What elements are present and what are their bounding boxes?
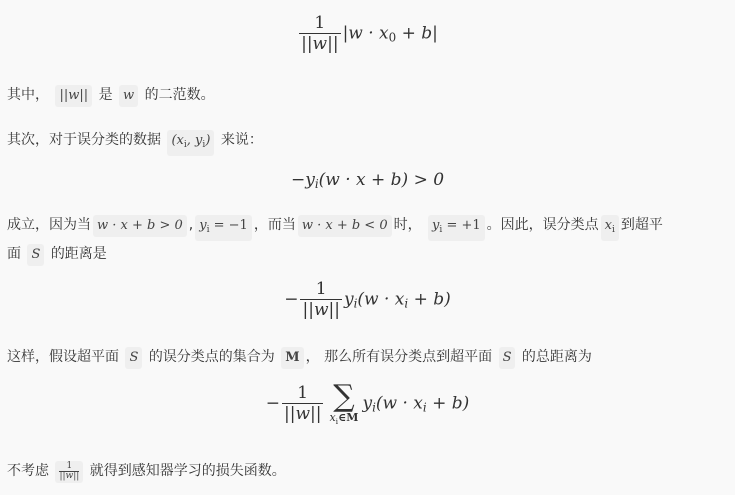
fraction-denominator: ||w|| bbox=[59, 471, 79, 481]
inline-math-S: S bbox=[27, 244, 44, 266]
inline-math-yi-neg: yi = −1 bbox=[195, 215, 252, 241]
paragraph-reason-line1: 成立，因为当w · x + b > 0,yi = −1，而当w · x + b … bbox=[7, 214, 663, 241]
math-text: (w · x bbox=[376, 393, 423, 413]
math-text: = +1 bbox=[442, 218, 480, 233]
math-text: y bbox=[344, 290, 354, 310]
summation: ∑xi∈M bbox=[329, 382, 358, 426]
inline-math-fraction: 1||w|| bbox=[55, 461, 83, 483]
text: 到超平 bbox=[621, 217, 663, 233]
text: ，而当 bbox=[254, 217, 296, 233]
math-text: y bbox=[199, 218, 206, 233]
fraction-denominator: ||w|| bbox=[282, 403, 323, 424]
fraction-numerator: 1 bbox=[67, 462, 73, 471]
math-text: w · x + b < 0 bbox=[302, 218, 388, 233]
text: 来说： bbox=[221, 132, 263, 148]
text: 这样，假设超平面 bbox=[7, 349, 119, 365]
inline-math-negative: w · x + b < 0 bbox=[298, 215, 392, 237]
math-text: S bbox=[503, 350, 512, 365]
equation-total-distance: −1||w||∑xi∈Myi(w · xi + b) bbox=[0, 382, 735, 426]
text: 的总距离为 bbox=[522, 349, 592, 365]
fraction-numerator: 1 bbox=[312, 14, 327, 33]
equation-tail: + b| bbox=[396, 24, 438, 44]
math-text: ||w|| bbox=[59, 88, 88, 103]
math-text: S bbox=[129, 350, 138, 365]
text: 是 bbox=[99, 87, 113, 103]
text: 的误分类点的集合为 bbox=[149, 349, 275, 365]
text: , bbox=[189, 217, 193, 233]
math-text: M bbox=[285, 350, 299, 365]
fraction-denominator: ||w|| bbox=[299, 33, 340, 54]
inline-math-M: M bbox=[281, 347, 303, 369]
small-fraction: 1||w|| bbox=[59, 462, 79, 481]
inline-math-S: S bbox=[125, 347, 142, 369]
text: 其中， bbox=[7, 87, 49, 103]
math-text: , y bbox=[187, 133, 203, 148]
inline-math-S: S bbox=[499, 347, 516, 369]
inline-math-w: w bbox=[119, 85, 138, 107]
text: 面 bbox=[7, 246, 21, 262]
text: 的二范数。 bbox=[145, 87, 215, 103]
text: 不考虑 bbox=[7, 463, 49, 479]
fraction: 1||w|| bbox=[300, 280, 341, 320]
math-text: + b) bbox=[427, 393, 470, 413]
fraction-numerator: 1 bbox=[295, 384, 310, 403]
paragraph-total-distance: 这样，假设超平面 S 的误分类点的集合为 M， 那么所有误分类点到超平面 S 的… bbox=[7, 346, 592, 369]
inline-math-norm: ||w|| bbox=[55, 85, 92, 107]
equation-tail: (w · x + b) > 0 bbox=[319, 170, 444, 190]
inline-math-xi: xi bbox=[601, 215, 619, 241]
minus-sign: − bbox=[284, 290, 298, 310]
equation-body: |w · x bbox=[343, 24, 389, 44]
text: 。因此，误分类点 bbox=[487, 217, 599, 233]
minus-sign: − bbox=[266, 393, 280, 413]
text: 就得到感知器学习的损失函数。 bbox=[90, 463, 286, 479]
math-text: ∈M bbox=[338, 411, 358, 424]
equation-distance-x0: 1 ||w|| |w · x0 + b| bbox=[0, 14, 735, 54]
fraction: 1||w|| bbox=[282, 384, 323, 424]
equation-point-distance: −1||w||yi(w · xi + b) bbox=[0, 280, 735, 320]
summation-index: xi∈M bbox=[329, 412, 358, 426]
math-text: ) bbox=[205, 133, 210, 148]
inline-math-pair: (xi, yi) bbox=[167, 130, 214, 156]
paragraph-reason-line2: 面 S 的距离是 bbox=[7, 243, 107, 266]
text: 时， bbox=[394, 217, 422, 233]
subscript: i bbox=[612, 225, 615, 235]
document: 1 ||w|| |w · x0 + b| 其中， ||w|| 是 w 的二范数。… bbox=[0, 0, 735, 495]
math-text: w bbox=[123, 88, 134, 103]
paragraph-norm-definition: 其中， ||w|| 是 w 的二范数。 bbox=[7, 84, 215, 107]
sigma-symbol: ∑ bbox=[333, 382, 354, 412]
inline-math-positive: w · x + b > 0 bbox=[93, 215, 187, 237]
text: 成立，因为当 bbox=[7, 217, 91, 233]
math-text: + b) bbox=[408, 290, 451, 310]
math-text: (x bbox=[171, 133, 183, 148]
fraction: 1 ||w|| bbox=[299, 14, 340, 54]
equation-lead: −y bbox=[291, 170, 315, 190]
fraction-denominator: ||w|| bbox=[300, 299, 341, 320]
math-text: x bbox=[605, 218, 612, 233]
paragraph-loss-function: 不考虑 1||w|| 就得到感知器学习的损失函数。 bbox=[7, 460, 286, 483]
equation-inequality: −yi(w · x + b) > 0 bbox=[0, 170, 735, 191]
fraction-numerator: 1 bbox=[314, 280, 329, 299]
math-text: = −1 bbox=[210, 218, 248, 233]
math-text: w · x + b > 0 bbox=[97, 218, 183, 233]
paragraph-misclassified-data: 其次，对于误分类的数据 (xi, yi) 来说： bbox=[7, 129, 263, 156]
text: 其次，对于误分类的数据 bbox=[7, 132, 161, 148]
math-text: (w · x bbox=[357, 290, 404, 310]
math-text: y bbox=[362, 393, 372, 413]
text: 的距离是 bbox=[51, 246, 107, 262]
inline-math-yi-pos: yi = +1 bbox=[428, 215, 485, 241]
text: ， 那么所有误分类点到超平面 bbox=[306, 349, 492, 365]
math-text: S bbox=[31, 247, 40, 262]
